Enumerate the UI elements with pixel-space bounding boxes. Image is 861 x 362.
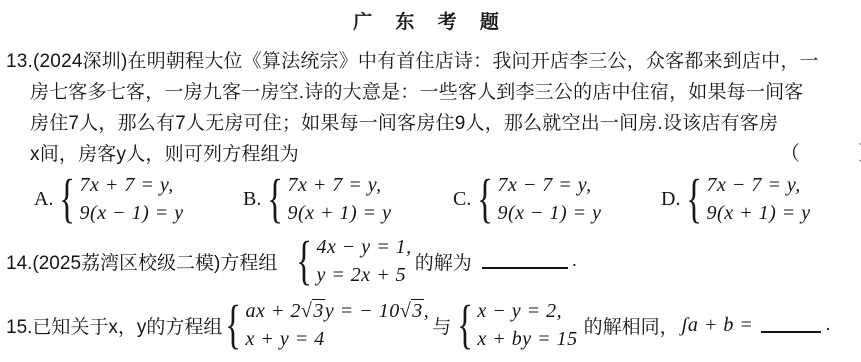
q15-sys2-eq1: x − y = 2, (477, 297, 577, 325)
option-b: B. { 7x + 7 = y, 9(x + 1) = y (243, 171, 392, 227)
q15-suffix: 的解相同， (584, 312, 679, 339)
worksheet-page: 广 东 考 题 13.(2024深圳)在明朝程大位《算法统宗》中有首住店诗：我问… (0, 0, 861, 362)
left-brace: { (60, 166, 76, 232)
option-b-system: { 7x + 7 = y, 9(x + 1) = y (264, 171, 391, 227)
q15-sys2-eq2: x + by = 15 (477, 325, 577, 353)
option-a-eq1: 7x + 7 = y, (80, 171, 184, 199)
q13-line1: 13.(2024深圳)在明朝程大位《算法统宗》中有首住店诗：我问开店李三公，众客… (6, 46, 819, 73)
q15-sys1-eq1: ax + 2√3y = − 10√3, (246, 297, 430, 325)
option-d-system: { 7x − 7 = y, 9(x + 1) = y (683, 171, 810, 227)
left-brace: { (477, 166, 493, 232)
q13-line4: x间，房客y人，则可列方程组为 (30, 139, 299, 166)
q14-answer-blank (482, 253, 568, 270)
q15-text: 15.已知关于x，y的方程组 (6, 312, 222, 339)
option-c-system: { 7x − 7 = y, 9(x − 1) = y (474, 171, 601, 227)
option-b-eq2: 9(x + 1) = y (287, 199, 391, 227)
question-14: 14.(2025荔湾区校级二模)方程组 { 4x − y = 1, y = 2x… (6, 231, 577, 291)
q14-eq2: y = 2x + 5 (316, 261, 411, 289)
left-brace: { (296, 228, 312, 294)
q15-suffix-math: ʃa + b = (682, 311, 754, 339)
option-d: D. { 7x − 7 = y, 9(x + 1) = y (661, 171, 811, 227)
option-a: A. { 7x + 7 = y, 9(x − 1) = y (34, 171, 184, 227)
q15-answer-blank (761, 317, 821, 334)
option-a-eq2: 9(x − 1) = y (80, 199, 184, 227)
option-d-eq1: 7x − 7 = y, (707, 171, 811, 199)
option-c-label: C. (453, 188, 471, 211)
q14-system: { 4x − y = 1, y = 2x + 5 (293, 233, 411, 289)
option-d-eq2: 9(x + 1) = y (707, 199, 811, 227)
left-brace: { (457, 292, 473, 358)
q15-connector: 与 (432, 312, 451, 339)
q15-period: . (825, 314, 830, 336)
option-d-label: D. (661, 188, 680, 211)
question-15: 15.已知关于x，y的方程组 { ax + 2√3y = − 10√3, x +… (6, 292, 831, 358)
q15-system1: { ax + 2√3y = − 10√3, x + y = 4 (222, 297, 429, 353)
option-c: C. { 7x − 7 = y, 9(x − 1) = y (453, 171, 602, 227)
left-brace: { (267, 166, 283, 232)
q15-system2: { x − y = 2, x + by = 15 (454, 297, 577, 353)
page-title: 广 东 考 题 (0, 7, 861, 34)
q14-suffix: 的解为 (415, 248, 472, 275)
q13-line2: 房七客多七客，一房九客一房空.诗的大意是：一些客人到李三公的店中住宿，如果每一间… (30, 77, 803, 104)
q13-answer-brackets: （ ） (780, 137, 861, 166)
left-brace: { (687, 166, 703, 232)
option-a-label: A. (34, 188, 53, 211)
option-c-eq1: 7x − 7 = y, (497, 171, 601, 199)
q14-text: 14.(2025荔湾区校级二模)方程组 (6, 248, 277, 275)
option-a-system: { 7x + 7 = y, 9(x − 1) = y (56, 171, 183, 227)
option-b-eq1: 7x + 7 = y, (287, 171, 391, 199)
q14-period: . (572, 250, 577, 272)
q13-line3: 房住7人，那么有7人无房可住；如果每一间客房住9人，那么就空出一间房.设该店有客… (30, 108, 778, 135)
option-b-label: B. (243, 188, 261, 211)
option-c-eq2: 9(x − 1) = y (497, 199, 601, 227)
q14-eq1: 4x − y = 1, (316, 233, 411, 261)
left-brace: { (226, 292, 242, 358)
q15-sys1-eq2: x + y = 4 (246, 325, 430, 353)
